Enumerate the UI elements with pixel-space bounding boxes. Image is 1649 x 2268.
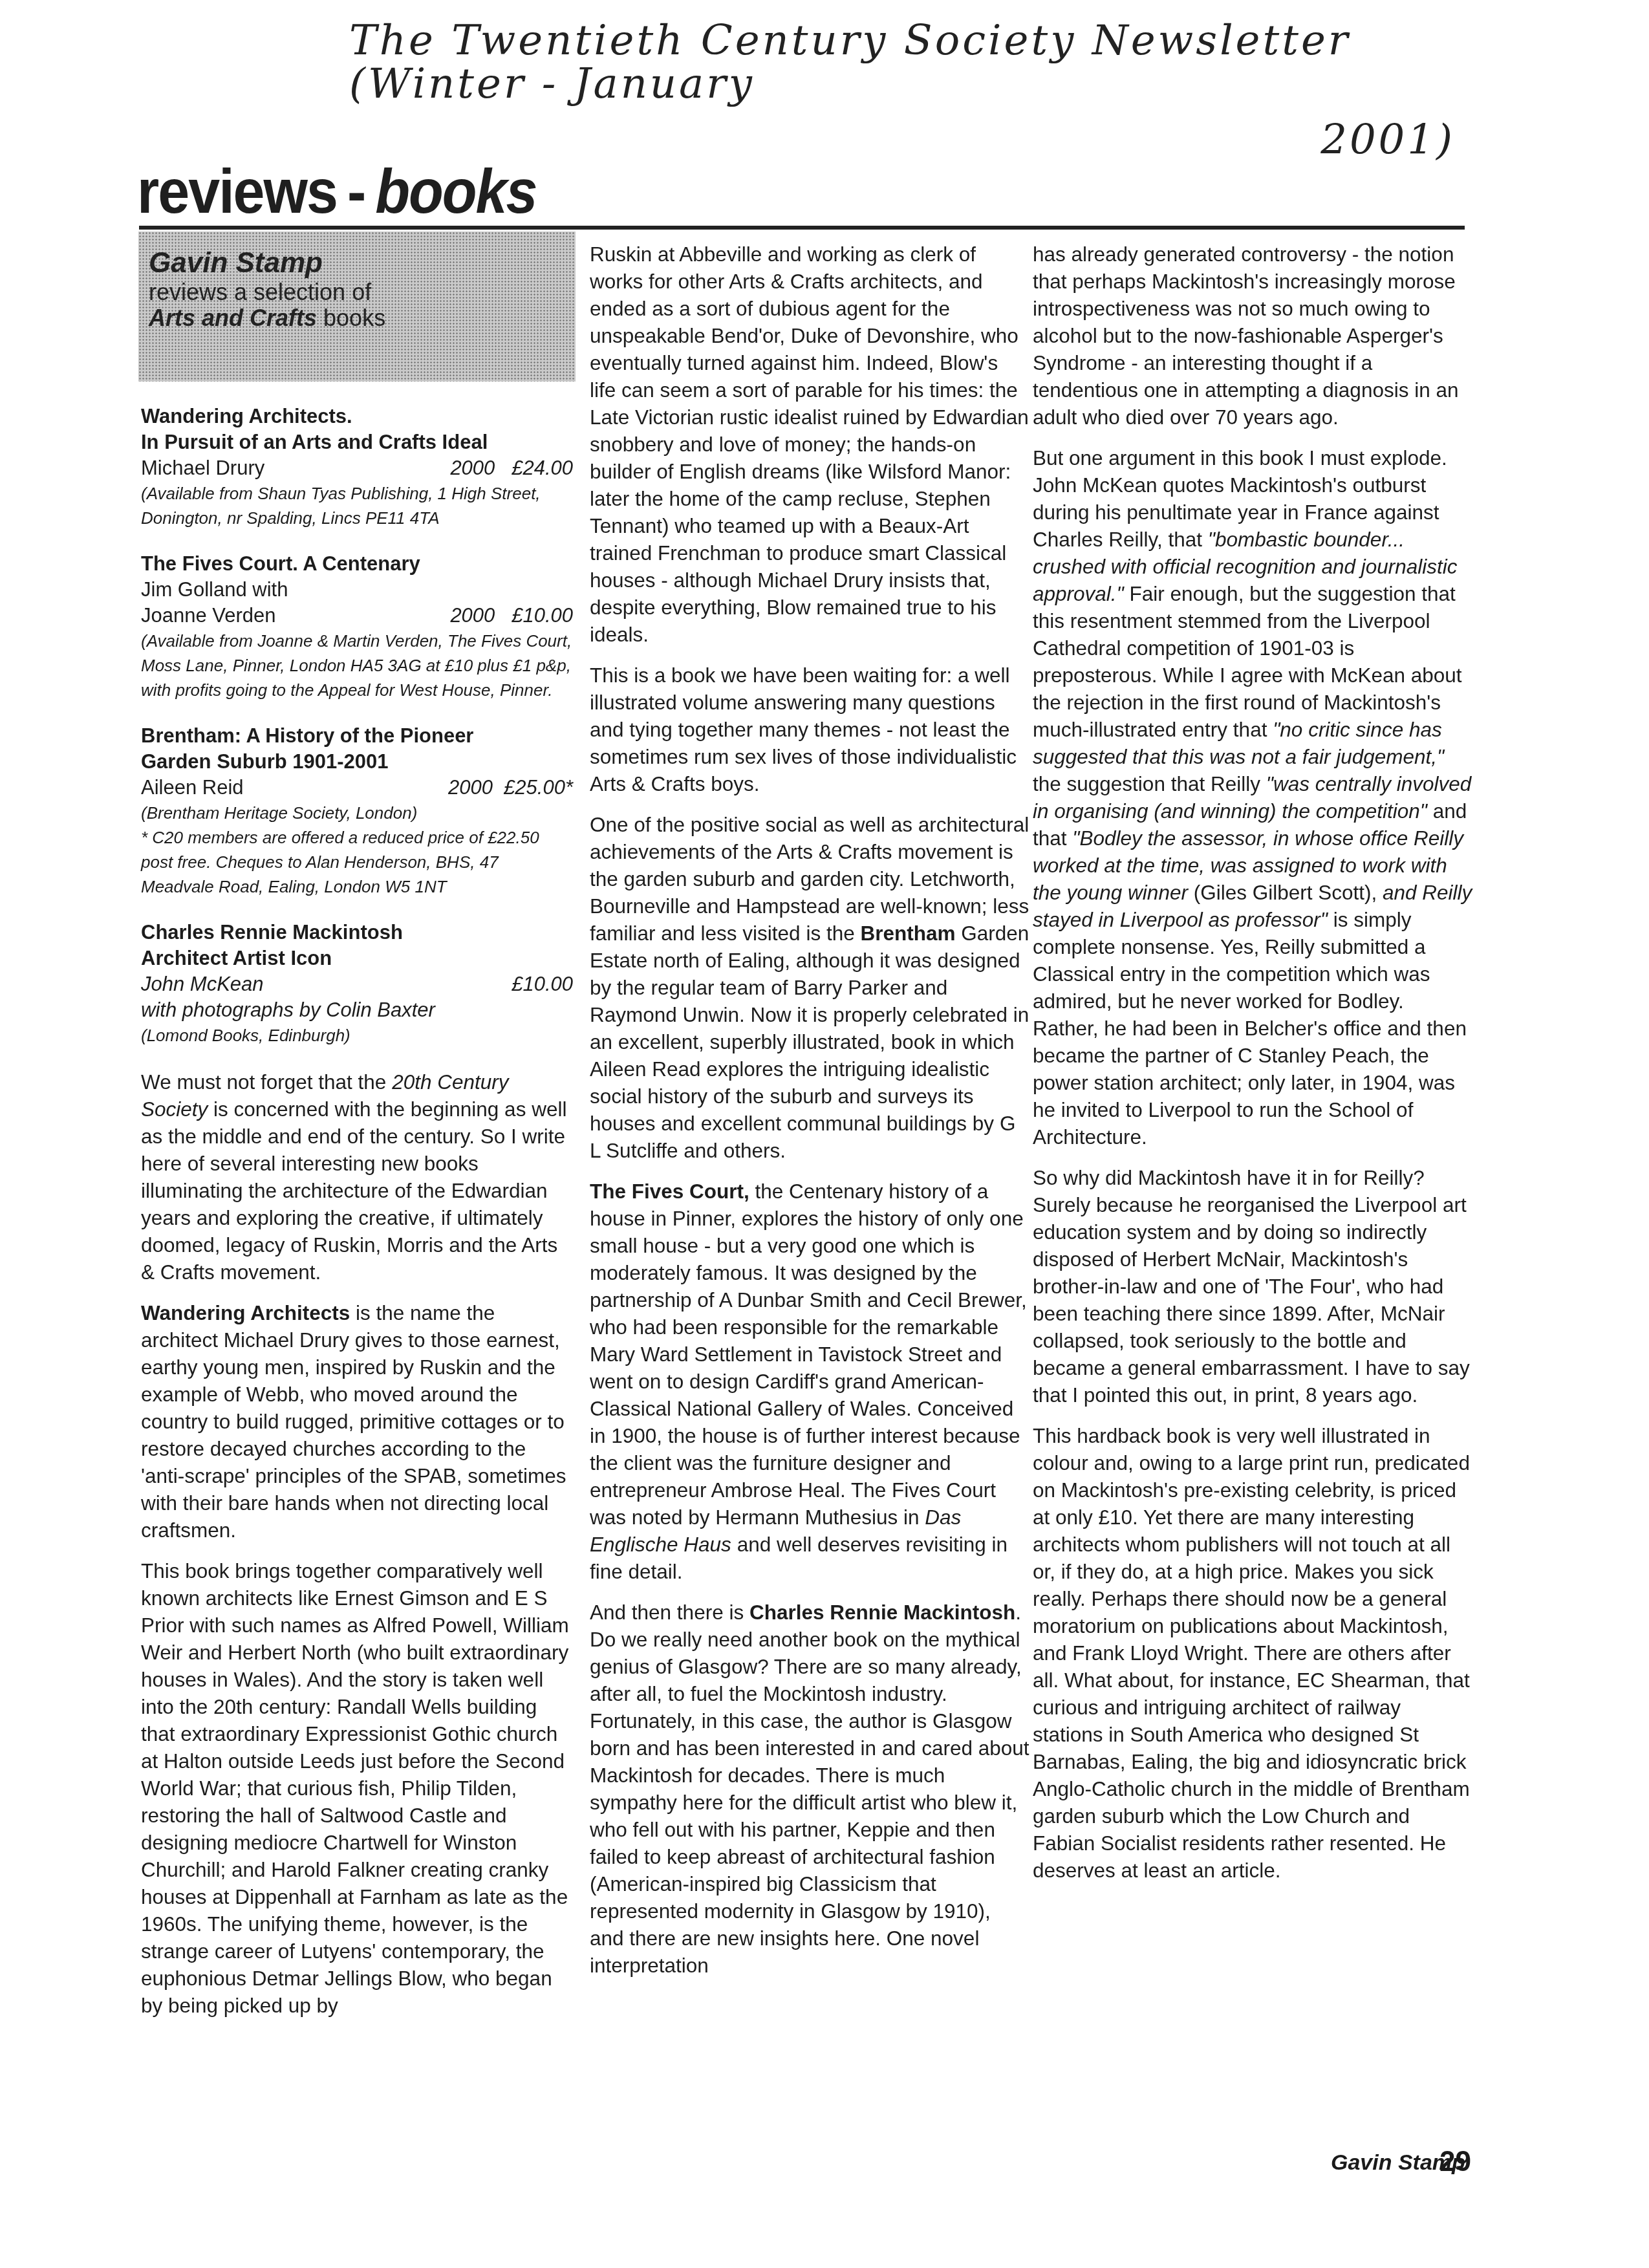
book-entry-fives-court: The Fives Court. A Centenary Jim Golland… — [141, 551, 573, 702]
paragraph-intro: We must not forget that the 20th Century… — [141, 1068, 573, 1286]
paragraph-book-contents: This book brings together comparatively … — [141, 1557, 573, 2019]
paragraph-verdict: This is a book we have been waiting for:… — [590, 662, 1029, 797]
book-entry-wandering-architects: Wandering Architects. In Pursuit of an A… — [141, 404, 573, 530]
book-title: Charles Rennie Mackintosh — [141, 920, 573, 945]
intro-box: Gavin Stamp reviews a selection of Arts … — [138, 232, 576, 382]
book-subtitle: Garden Suburb 1901-2001 — [141, 749, 573, 775]
book-publisher: (Lomond Books, Edinburgh) — [141, 1023, 573, 1048]
page-number: 29 — [1439, 2146, 1471, 2178]
paragraph-argument: But one argument in this book I must exp… — [1033, 444, 1472, 1150]
paragraph-reilly: So why did Mackintosh have it in for Rei… — [1033, 1164, 1472, 1409]
paragraph-mackintosh: And then there is Charles Rennie Mackint… — [590, 1599, 1029, 1979]
intro-line-1: reviews a selection of — [149, 279, 565, 305]
book-author: Aileen Reid — [141, 775, 244, 801]
section-subname: books — [375, 156, 536, 226]
book-title: Wandering Architects. — [141, 404, 573, 429]
book-entry-mackintosh: Charles Rennie Mackintosh Architect Arti… — [141, 920, 573, 1048]
book-meta: John McKean£10.00 — [141, 971, 573, 997]
paragraph-controversy: has already generated controversy - the … — [1033, 241, 1472, 431]
book-member-offer: * C20 members are offered a reduced pric… — [141, 825, 573, 899]
section-title: reviews-books — [137, 155, 536, 228]
book-meta: Michael Drury2000 £24.00 — [141, 455, 573, 481]
book-title: Brentham: A History of the Pioneer — [141, 723, 573, 749]
book-author: Joanne Verden — [141, 603, 276, 629]
paragraph-fives-court: The Fives Court, the Centenary history o… — [590, 1178, 1029, 1585]
book-publisher: (Brentham Heritage Society, London) — [141, 801, 573, 825]
book-author-line: Jim Golland with — [141, 577, 573, 603]
handwritten-annotation: The Twentieth Century Society Newsletter… — [349, 19, 1468, 163]
paragraph-blow: Ruskin at Abbeville and working as clerk… — [590, 241, 1029, 648]
book-year-price: 2000 £10.00 — [450, 603, 573, 629]
book-meta: Joanne Verden2000 £10.00 — [141, 603, 573, 629]
column-1: Gavin Stamp reviews a selection of Arts … — [141, 239, 573, 2033]
book-year-price: 2000 £25.00* — [448, 775, 573, 801]
paragraph-brentham: One of the positive social as well as ar… — [590, 811, 1029, 1164]
book-year-price: 2000 £24.00 — [450, 455, 573, 481]
book-title: The Fives Court. A Centenary — [141, 551, 573, 577]
book-author: Michael Drury — [141, 455, 264, 481]
book-subtitle: Architect Artist Icon — [141, 945, 573, 971]
book-price: £10.00 — [512, 971, 573, 997]
annotation-line-1: The Twentieth Century Society Newsletter… — [349, 19, 1468, 106]
paragraph-conclusion: This hardback book is very well illustra… — [1033, 1422, 1472, 1884]
book-subtitle: In Pursuit of an Arts and Crafts Ideal — [141, 429, 573, 455]
book-meta: Aileen Reid2000 £25.00* — [141, 775, 573, 801]
intro-line-2: Arts and Crafts books — [149, 305, 565, 331]
column-2: Ruskin at Abbeville and working as clerk… — [590, 241, 1029, 1993]
book-photographer: with photographs by Colin Baxter — [141, 997, 573, 1023]
book-author: John McKean — [141, 971, 264, 997]
header-rule — [139, 226, 1465, 230]
column-3: has already generated controversy - the … — [1033, 241, 1472, 1897]
section-separator: - — [347, 156, 365, 226]
intro-author: Gavin Stamp — [149, 247, 565, 279]
book-entry-brentham: Brentham: A History of the Pioneer Garde… — [141, 723, 573, 899]
book-availability: (Available from Joanne & Martin Verden, … — [141, 629, 573, 702]
section-name: reviews — [137, 156, 337, 226]
book-availability: (Available from Shaun Tyas Publishing, 1… — [141, 481, 573, 530]
paragraph-wandering-architects: Wandering Architects is the name the arc… — [141, 1299, 573, 1544]
